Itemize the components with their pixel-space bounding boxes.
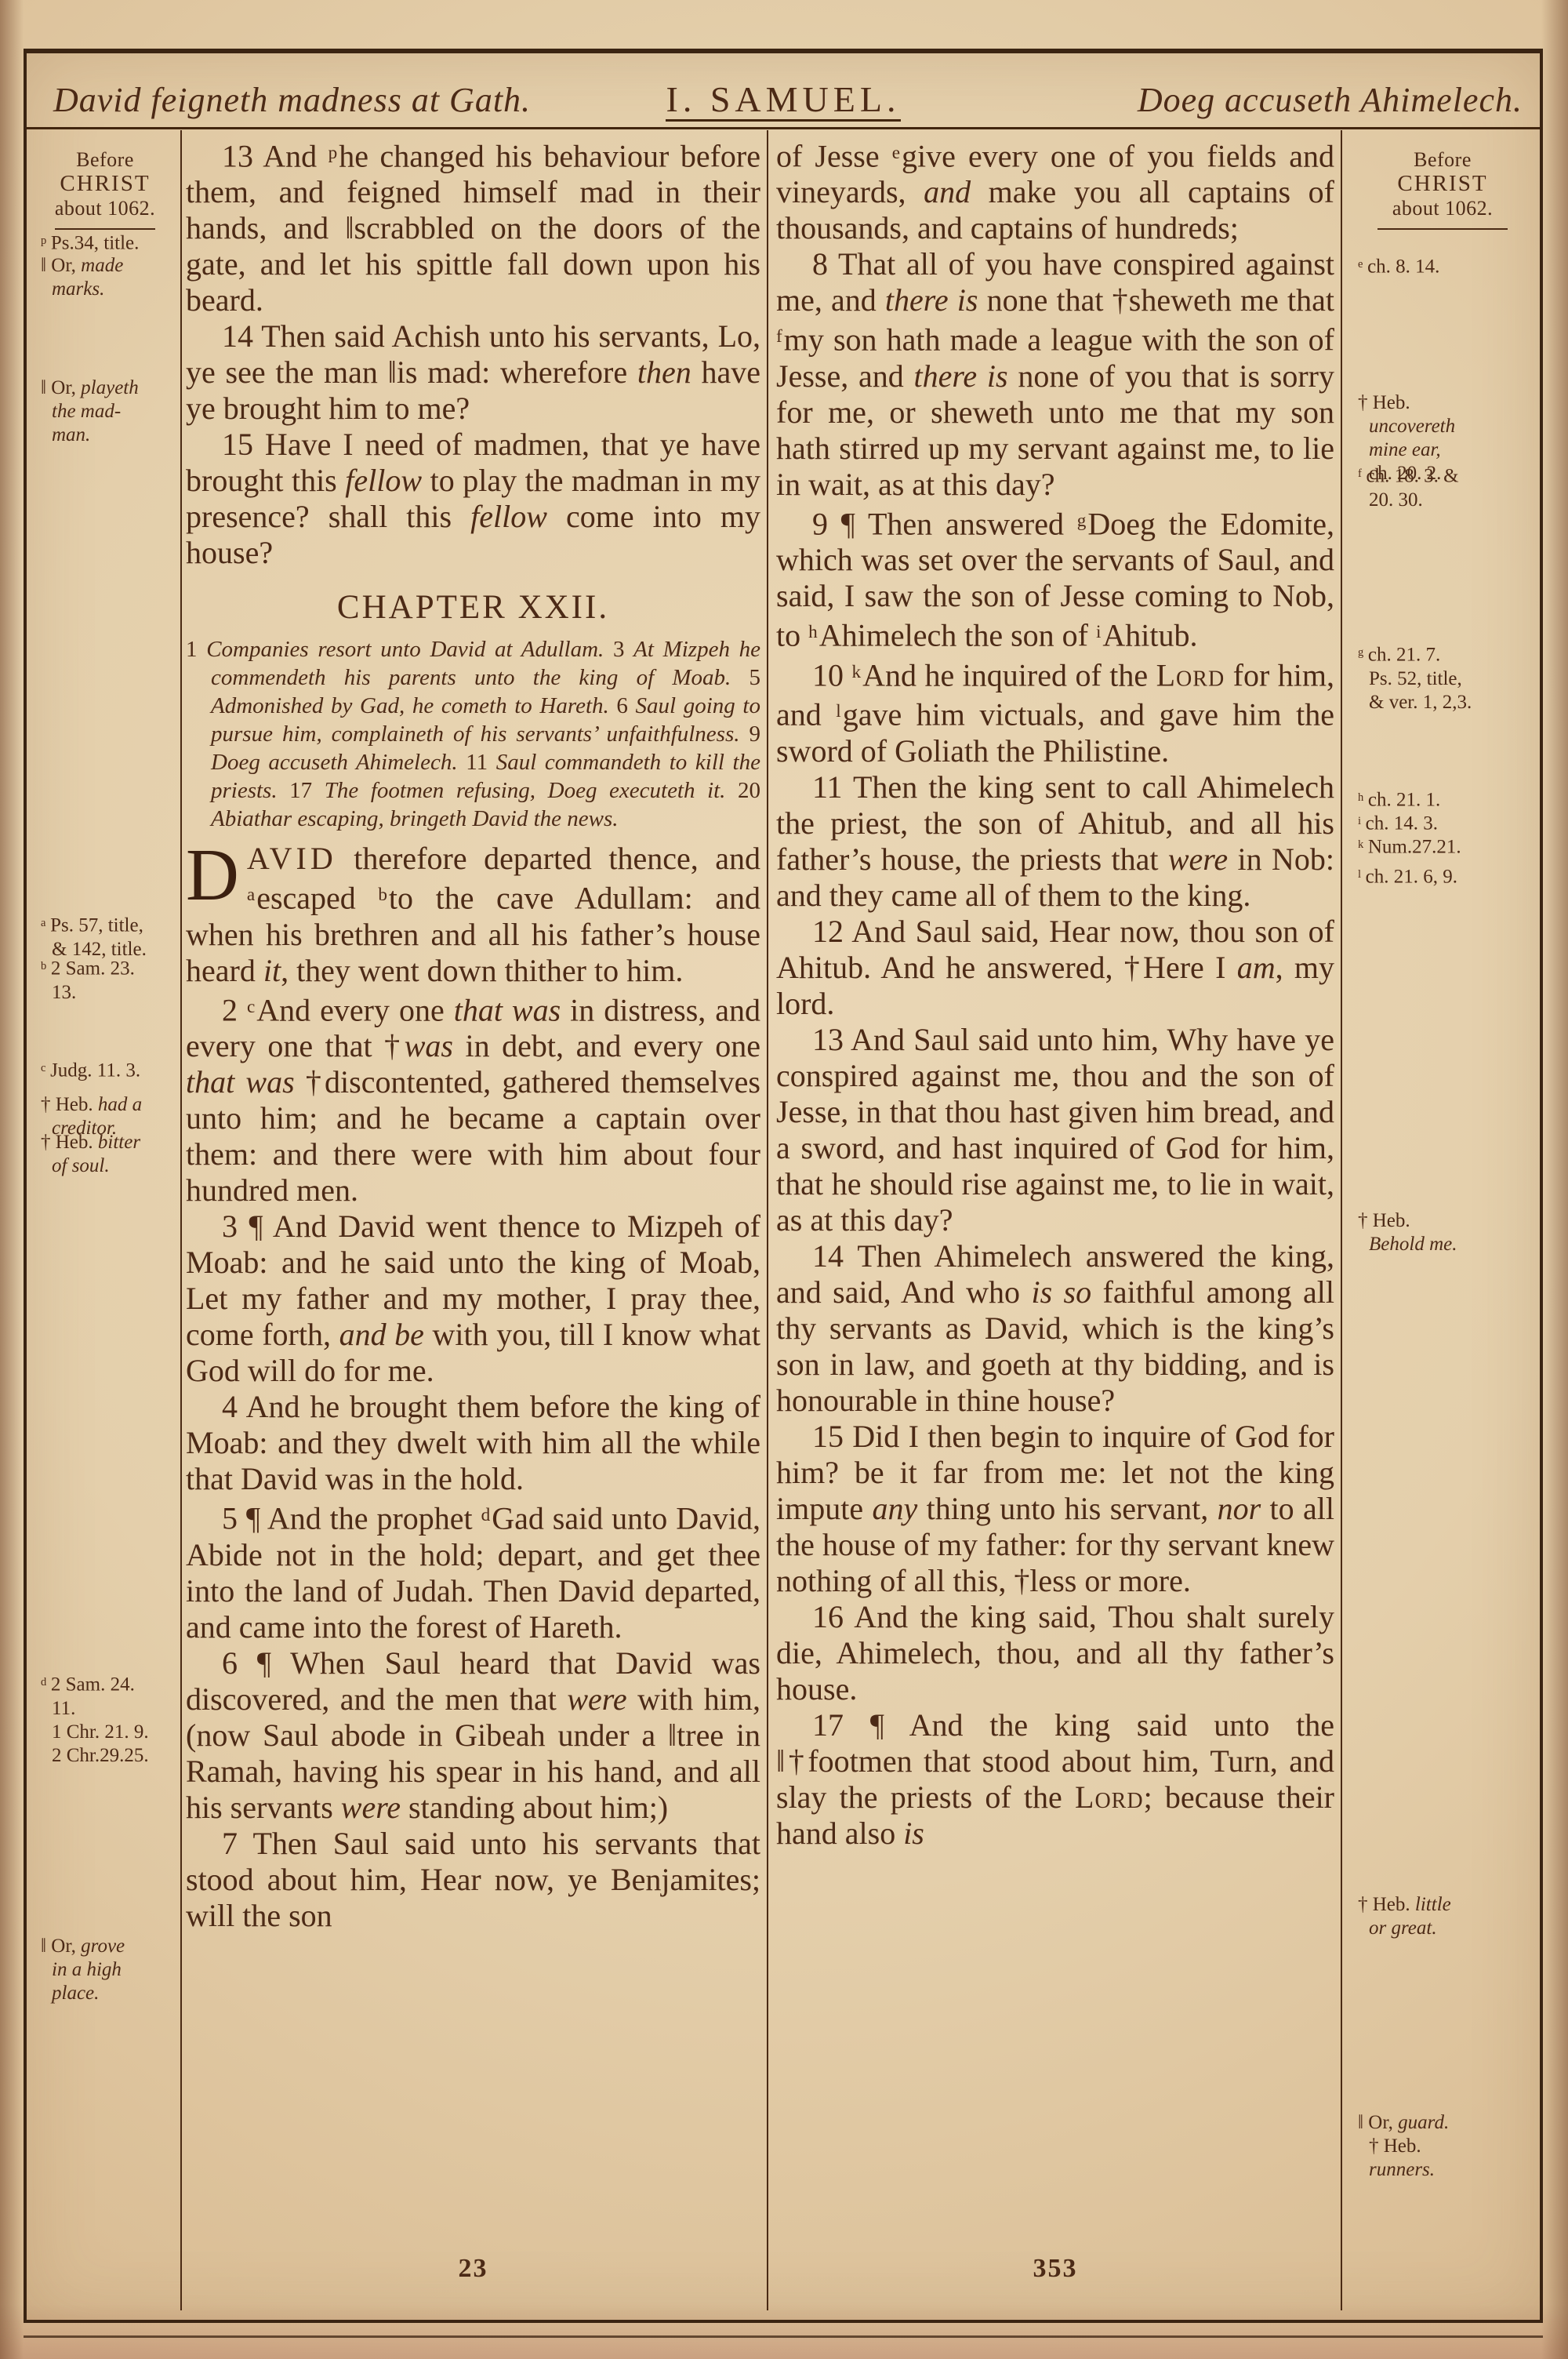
bc-rule bbox=[1377, 228, 1507, 230]
before-christ-heading-left: Before CHRIST about 1062. bbox=[33, 135, 177, 230]
verse-paragraph: 7 Then Saul said unto his servants that … bbox=[186, 1826, 760, 1934]
header-rule bbox=[27, 127, 1540, 129]
right-text-column: of Jesse egive every one of you fields a… bbox=[776, 135, 1334, 1852]
verse-paragraph: 10 kAnd he inquired of the Lord for him,… bbox=[776, 654, 1334, 769]
margin-note: f ch. 18. 3. &20. 30. bbox=[1358, 462, 1532, 512]
verse-paragraph: 11 Then the king sent to call Ahimelech … bbox=[776, 769, 1334, 914]
margin-note: l ch. 21. 6, 9. bbox=[1358, 863, 1532, 889]
margin-note: † Heb. bitterof soul. bbox=[41, 1131, 174, 1178]
verse-paragraph: of Jesse egive every one of you fields a… bbox=[776, 135, 1334, 246]
verse-paragraph: 13 And Saul said unto him, Why have ye c… bbox=[776, 1022, 1334, 1238]
bottom-rule bbox=[24, 2335, 1543, 2338]
page-background: { "header": { "left_title": "David feign… bbox=[0, 0, 1568, 2359]
drop-cap: D bbox=[186, 841, 247, 905]
verse-paragraph: 6 ¶ When Saul heard that David was disco… bbox=[186, 1645, 760, 1826]
verse-paragraph: 15 Did I then begin to inquire of God fo… bbox=[776, 1419, 1334, 1599]
bc-line: CHRIST bbox=[1350, 172, 1535, 196]
margin-note: a Ps. 57, title,& 142, title. bbox=[41, 911, 174, 961]
column-divider-left bbox=[180, 130, 182, 2310]
margin-note: ‖ Or, guard.† Heb.runners. bbox=[1358, 2111, 1532, 2182]
margin-note: k Num.27.21. bbox=[1358, 833, 1532, 860]
verse-paragraph: 3 ¶ And David went thence to Mizpeh of M… bbox=[186, 1209, 760, 1389]
right-margin-column: Before CHRIST about 1062. e ch. 8. 14.† … bbox=[1350, 135, 1535, 2299]
verse-paragraph: 9 ¶ Then answered gDoeg the Edomite, whi… bbox=[776, 503, 1334, 654]
verse-paragraph: DAVID therefore departed thence, and aes… bbox=[186, 841, 760, 988]
margin-note: g ch. 21. 7.Ps. 52, title,& ver. 1, 2,3. bbox=[1358, 641, 1532, 714]
page-number-left: 23 bbox=[186, 2254, 760, 2284]
left-margin-column: Before CHRIST about 1062. p Ps.34, title… bbox=[33, 135, 177, 2299]
verse-paragraph: 13 And phe changed his behaviour before … bbox=[186, 135, 760, 318]
verse-paragraph: 2 cAnd every one that was in distress, a… bbox=[186, 989, 760, 1209]
column-divider-middle bbox=[767, 130, 768, 2310]
margin-note: † Heb. littleor great. bbox=[1358, 1893, 1532, 1940]
margin-note: c Judg. 11. 3. bbox=[41, 1056, 174, 1083]
verse-paragraph: 12 And Saul said, Hear now, thou son of … bbox=[776, 914, 1334, 1022]
margin-note: i ch. 14. 3. bbox=[1358, 809, 1532, 836]
margin-note: ‖ Or, grovein a highplace. bbox=[41, 1935, 174, 2005]
page-frame: David feigneth madness at Gath. I. SAMUE… bbox=[24, 49, 1543, 2323]
margin-note: b 2 Sam. 23.13. bbox=[41, 954, 174, 1005]
verse-paragraph: 5 ¶ And the prophet dGad said unto David… bbox=[186, 1497, 760, 1645]
margin-note: e ch. 8. 14. bbox=[1358, 253, 1532, 279]
chapter-summary: 1 Companies resort unto David at Adullam… bbox=[186, 635, 760, 833]
column-divider-right bbox=[1341, 130, 1342, 2310]
bc-line: about 1062. bbox=[1350, 196, 1535, 220]
bc-line: Before bbox=[1350, 147, 1535, 172]
margin-note: ‖ Or, playeththe mad-man. bbox=[41, 376, 174, 447]
verse-paragraph: 14 Then Ahimelech answered the king, and… bbox=[776, 1238, 1334, 1419]
bc-line: Before bbox=[33, 147, 177, 172]
verse-paragraph: 16 And the king said, Thou shalt surely … bbox=[776, 1599, 1334, 1707]
page-number-right: 353 bbox=[776, 2254, 1334, 2284]
verse-paragraph: 15 Have I need of madmen, that ye have b… bbox=[186, 427, 760, 571]
running-head-right: Doeg accuseth Ahimelech. bbox=[1138, 80, 1523, 120]
page-inner: David feigneth madness at Gath. I. SAMUE… bbox=[27, 53, 1540, 2320]
center-title-underline bbox=[666, 119, 901, 122]
chapter-heading: CHAPTER XXII. bbox=[186, 590, 760, 626]
before-christ-heading-right: Before CHRIST about 1062. bbox=[1350, 135, 1535, 230]
verse-paragraph: 14 Then said Achish unto his servants, L… bbox=[186, 318, 760, 427]
margin-note: † Heb.Behold me. bbox=[1358, 1209, 1532, 1256]
verse-paragraph: 17 ¶ And the king said unto the ‖†footme… bbox=[776, 1707, 1334, 1852]
margin-note: p Ps.34, title. bbox=[41, 229, 174, 256]
bc-line: CHRIST bbox=[33, 172, 177, 196]
bc-line: about 1062. bbox=[33, 196, 177, 220]
page-header: David feigneth madness at Gath. I. SAMUE… bbox=[27, 75, 1540, 124]
verse-paragraph: 8 That all of you have conspired against… bbox=[776, 246, 1334, 502]
margin-note: ‖ Or, mademarks. bbox=[41, 254, 174, 301]
left-text-column: 13 And phe changed his behaviour before … bbox=[186, 135, 760, 1934]
margin-note: h ch. 21. 1. bbox=[1358, 786, 1532, 812]
margin-note: d 2 Sam. 24.11.1 Chr. 21. 9.2 Chr.29.25. bbox=[41, 1670, 174, 1768]
verse-paragraph: 4 And he brought them before the king of… bbox=[186, 1389, 760, 1497]
